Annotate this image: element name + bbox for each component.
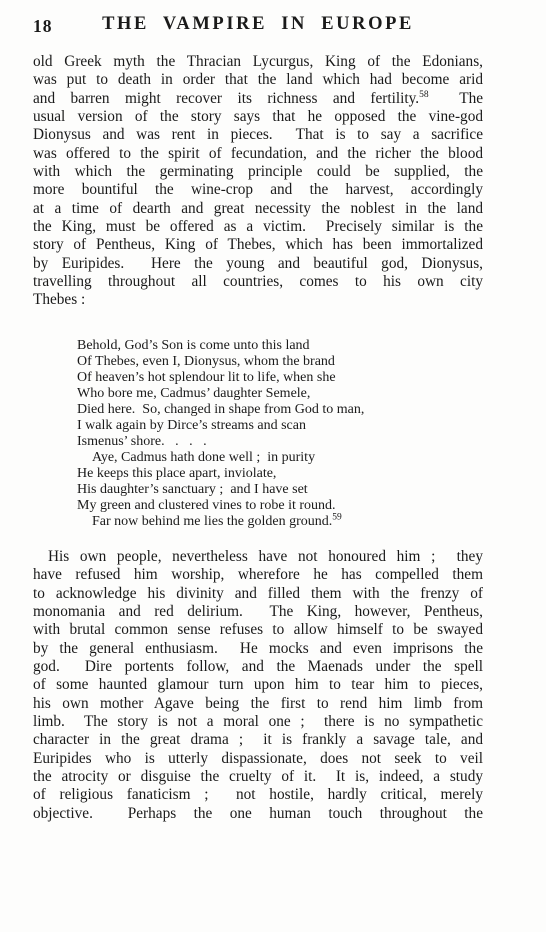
text-line: was offered to the spirit of fecundation…: [33, 145, 483, 163]
verse-line: Of heaven’s hot splendour lit to life, w…: [77, 370, 483, 386]
text-line: with brutal common sense refuses to allo…: [33, 621, 483, 639]
text-line: more bountiful the wine-crop and the har…: [33, 181, 483, 199]
verse-line: Far now behind me lies the golden ground…: [77, 514, 483, 530]
book-page: 18 THE VAMPIRE IN EUROPE old Greek myth …: [0, 0, 546, 932]
verse-line: I walk again by Dirce’s streams and scan: [77, 418, 483, 434]
closing-paragraph: His own people, nevertheless have not ho…: [33, 548, 483, 823]
footnote-ref-58: 58: [419, 90, 429, 100]
verse-line: My green and clustered vines to robe it …: [77, 498, 483, 514]
verse-line: Of Thebes, even I, Dionysus, whom the br…: [77, 354, 483, 370]
verse-line: Who bore me, Cadmus’ daughter Semele,: [77, 386, 483, 402]
text-line: usual version of the story says that he …: [33, 108, 483, 126]
text-line: travelling throughout all countries, com…: [33, 273, 483, 291]
text-line: character in the great drama ; it is fra…: [33, 731, 483, 749]
page-number: 18: [33, 16, 53, 37]
text-line: god. Dire portents follow, and the Maena…: [33, 658, 483, 676]
text-line: story of Pentheus, King of Thebes, which…: [33, 236, 483, 254]
page-header: 18 THE VAMPIRE IN EUROPE: [33, 14, 483, 38]
verse-line: Died here. So, changed in shape from God…: [77, 402, 483, 418]
verse-line: Behold, God’s Son is come unto this land: [77, 338, 483, 354]
running-title: THE VAMPIRE IN EUROPE: [33, 14, 483, 35]
verse-line: Ismenus’ shore. . . .: [77, 434, 483, 450]
text-line: Euripides who is utterly dispassionate, …: [33, 750, 483, 768]
text-line: of some haunted glamour turn upon him to…: [33, 676, 483, 694]
verse-line: His daughter’s sanctuary ; and I have se…: [77, 482, 483, 498]
footnote-ref-59: 59: [332, 512, 342, 522]
text-line: have refused him worship, wherefore he h…: [33, 566, 483, 584]
text-line-segment: and barren might recover its richness an…: [33, 90, 419, 107]
text-line: at a time of dearth and great necessity …: [33, 200, 483, 218]
text-line: Dionysus and was rent in pieces. That is…: [33, 126, 483, 144]
text-line: by Euripides. Here the young and beautif…: [33, 255, 483, 273]
text-line: Thebes :: [33, 291, 483, 309]
text-line: monomania and red delirium. The King, ho…: [33, 603, 483, 621]
text-line: limb. The story is not a moral one ; the…: [33, 713, 483, 731]
verse-line-segment: Far now behind me lies the golden ground…: [92, 514, 332, 529]
text-line-segment: The: [429, 90, 483, 107]
text-line: old Greek myth the Thracian Lycurgus, Ki…: [33, 53, 483, 71]
text-line: His own people, nevertheless have not ho…: [33, 548, 483, 566]
opening-paragraph: old Greek myth the Thracian Lycurgus, Ki…: [33, 53, 483, 310]
verse-line: He keeps this place apart, inviolate,: [77, 466, 483, 482]
text-line: to acknowledge his divinity and filled t…: [33, 585, 483, 603]
text-line: with which the germinating principle cou…: [33, 163, 483, 181]
verse-quote: Behold, God’s Son is come unto this land…: [77, 338, 483, 530]
text-line: his own mother Agave being the first to …: [33, 695, 483, 713]
text-line: of religious fanaticism ; not hostile, h…: [33, 786, 483, 804]
verse-line: Aye, Cadmus hath done well ; in purity: [77, 450, 483, 466]
body-text: old Greek myth the Thracian Lycurgus, Ki…: [33, 53, 483, 823]
text-line: the King, must be offered as a victim. P…: [33, 218, 483, 236]
text-line: and barren might recover its richness an…: [33, 90, 483, 108]
text-line: objective. Perhaps the one human touch t…: [33, 805, 483, 823]
text-line: was put to death in order that the land …: [33, 71, 483, 89]
text-line: the atrocity or disguise the cruelty of …: [33, 768, 483, 786]
text-line: by the general enthusiasm. He mocks and …: [33, 640, 483, 658]
